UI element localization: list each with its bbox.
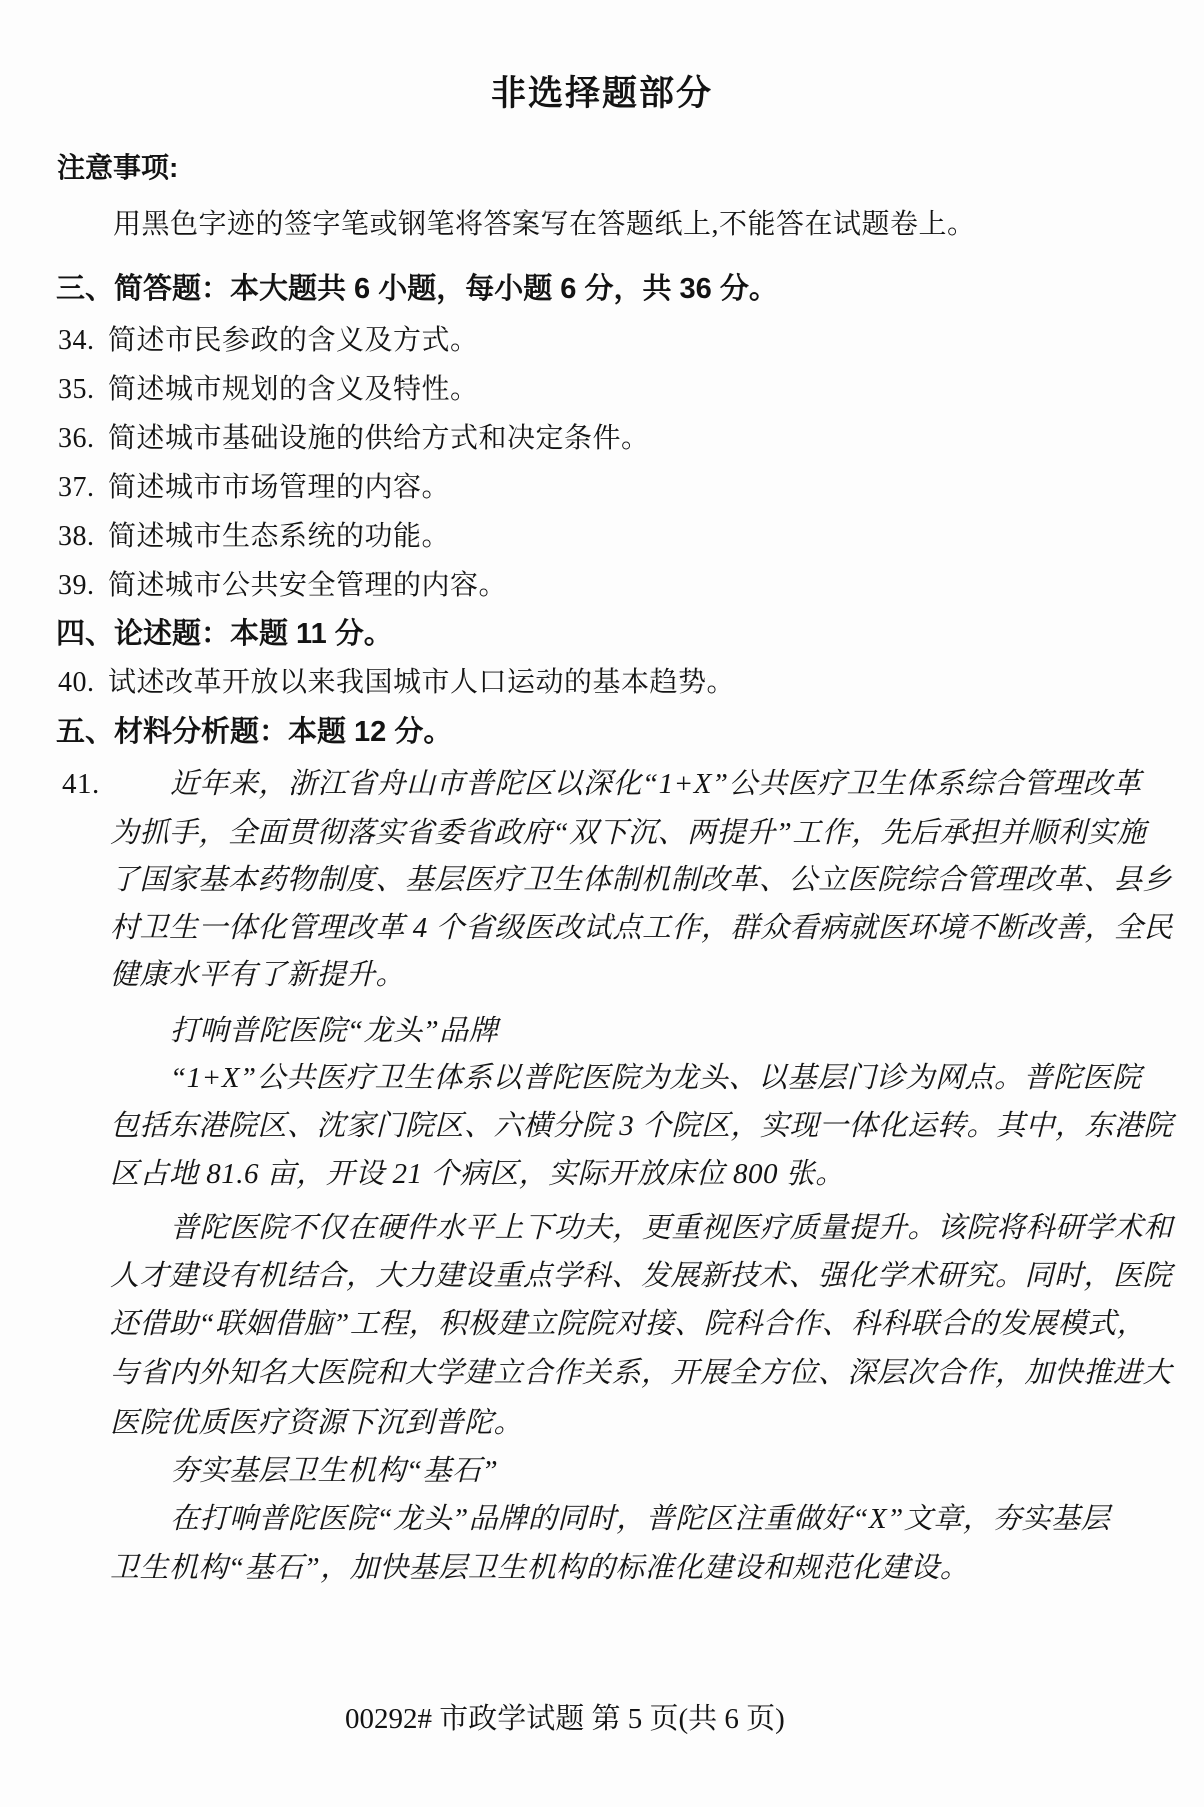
- material-line: 卫生机构“基石”，加快基层卫生机构的标准化建设和规范化建设。: [110, 1551, 969, 1585]
- question-34: 34.简述市民参政的含义及方式。: [58, 324, 479, 357]
- question-text: 简述城市生态系统的功能。: [108, 521, 450, 552]
- question-39: 39.简述城市公共安全管理的内容。: [58, 569, 507, 602]
- page-title: 非选择题部分: [0, 73, 1204, 114]
- material-subheading-longtou: 打响普陀医院“龙头”品牌: [170, 1014, 498, 1048]
- material-text: 近年来，浙江省舟山市普陀区以深化“1+X”公共医疗卫生体系综合管理改革: [170, 768, 1142, 800]
- question-text: 简述城市市场管理的内容。: [108, 472, 450, 503]
- material-line: 普陀医院不仅在硬件水平上下功夫，更重视医疗质量提升。该院将科研学术和: [170, 1211, 1173, 1245]
- exam-paper-page: 非选择题部分 注意事项: 用黑色字迹的签字笔或钢笔将答案写在答题纸上,不能答在试…: [0, 0, 1204, 1807]
- notice-label: 注意事项:: [57, 151, 178, 184]
- question-text: 简述城市基础设施的供给方式和决定条件。: [108, 423, 650, 454]
- material-line: 健康水平有了新提升。: [110, 958, 405, 992]
- material-line: “1+X”公共医疗卫生体系以普陀医院为龙头、以基层门诊为网点。普陀医院: [170, 1061, 1142, 1095]
- question-number: 40.: [58, 666, 108, 699]
- question-text: 试述改革开放以来我国城市人口运动的基本趋势。: [108, 667, 735, 698]
- material-line: 包括东港院区、沈家门院区、六横分院 3 个院区，实现一体化运转。其中，东港院: [110, 1109, 1173, 1143]
- notice-text: 用黑色字迹的签字笔或钢笔将答案写在答题纸上,不能答在试题卷上。: [113, 208, 976, 241]
- material-line: 为抓手，全面贯彻落实省委省政府“双下沉、两提升”工作，先后承担并顺利实施: [110, 816, 1146, 850]
- question-number: 39.: [58, 569, 108, 602]
- material-line: 了国家基本药物制度、基层医疗卫生体制机制改革、公立医院综合管理改革、县乡: [110, 863, 1172, 897]
- page-footer: 00292# 市政学试题 第 5 页(共 6 页): [345, 1702, 785, 1736]
- material-line: 区占地 81.6 亩，开设 21 个病区，实际开放床位 800 张。: [110, 1157, 845, 1191]
- material-line: 在打响普陀医院“龙头”品牌的同时，普陀区注重做好“X”文章，夯实基层: [170, 1502, 1110, 1536]
- question-36: 36.简述城市基础设施的供给方式和决定条件。: [58, 422, 650, 455]
- question-number: 41.: [62, 767, 170, 801]
- material-line: 医院优质医疗资源下沉到普陀。: [110, 1406, 523, 1440]
- question-40: 40.试述改革开放以来我国城市人口运动的基本趋势。: [58, 666, 735, 699]
- question-number: 35.: [58, 373, 108, 406]
- question-text: 简述城市公共安全管理的内容。: [108, 570, 507, 601]
- question-35: 35.简述城市规划的含义及特性。: [58, 373, 479, 406]
- material-subheading-jishi: 夯实基层卫生机构“基石”: [170, 1454, 498, 1488]
- material-line: 人才建设有机结合，大力建设重点学科、发展新技术、强化学术研究。同时，医院: [110, 1259, 1172, 1293]
- question-text: 简述城市规划的含义及特性。: [108, 374, 479, 405]
- question-text: 简述市民参政的含义及方式。: [108, 325, 479, 356]
- section-heading-material-analysis: 五、材料分析题：本题 12 分。: [56, 715, 452, 749]
- section-heading-short-answer: 三、简答题：本大题共 6 小题，每小题 6 分，共 36 分。: [56, 272, 778, 306]
- question-number: 34.: [58, 324, 108, 357]
- question-number: 38.: [58, 520, 108, 553]
- material-line: 村卫生一体化管理改革 4 个省级医改试点工作，群众看病就医环境不断改善，全民: [110, 911, 1173, 945]
- question-37: 37.简述城市市场管理的内容。: [58, 471, 450, 504]
- material-line: 与省内外知名大医院和大学建立合作关系，开展全方位、深层次合作，加快推进大: [110, 1356, 1172, 1390]
- question-number: 36.: [58, 422, 108, 455]
- question-38: 38.简述城市生态系统的功能。: [58, 520, 450, 553]
- question-number: 37.: [58, 471, 108, 504]
- material-line: 还借助“联姻借脑”工程，积极建立院院对接、院科合作、科科联合的发展模式，: [110, 1307, 1146, 1341]
- section-heading-essay: 四、论述题：本题 11 分。: [56, 617, 393, 651]
- material-line-first: 41.近年来，浙江省舟山市普陀区以深化“1+X”公共医疗卫生体系综合管理改革: [62, 767, 1142, 801]
